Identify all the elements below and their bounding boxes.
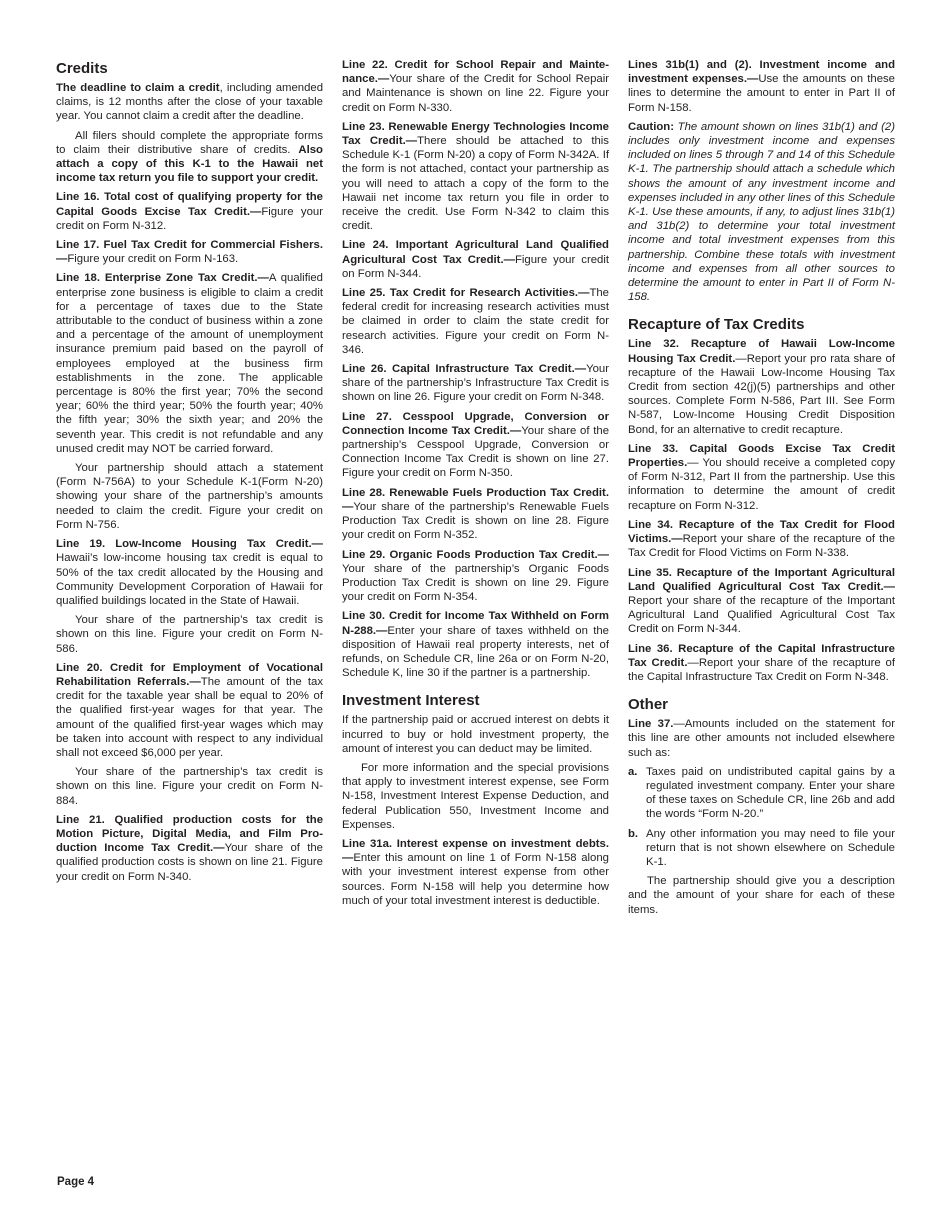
line-25-paragraph: Line 25. Tax Credit for Research Activit… bbox=[342, 286, 609, 357]
line-31a-paragraph: Line 31a. Interest expense on investment… bbox=[342, 837, 609, 908]
line-22-paragraph: Line 22. Credit for School Repair and Ma… bbox=[342, 58, 609, 115]
line-35-paragraph: Line 35. Recapture of the Important Agri… bbox=[628, 566, 895, 637]
closing-paragraph: The partnership should give you a descri… bbox=[628, 874, 895, 917]
section-heading-investment-interest: Investment Interest bbox=[342, 692, 609, 710]
list-marker: a. bbox=[628, 765, 646, 822]
line-27-paragraph: Line 27. Cesspool Upgrade, Conversion or… bbox=[342, 410, 609, 481]
filers-paragraph: All filers should complete the appropria… bbox=[56, 129, 323, 186]
section-heading-credits: Credits bbox=[56, 60, 323, 78]
credit-deadline-paragraph: The deadline to claim a credit, includin… bbox=[56, 81, 323, 124]
caution-paragraph: Caution: The amount shown on lines 31b(1… bbox=[628, 120, 895, 305]
list-text: Taxes paid on undistributed capital gain… bbox=[646, 765, 895, 822]
line-20-paragraph: Line 20. Credit for Employment of Vocati… bbox=[56, 661, 323, 760]
investment-interest-paragraph: If the partnership paid or accrued inter… bbox=[342, 713, 609, 756]
line-18-statement-paragraph: Your partnership should attach a stateme… bbox=[56, 461, 323, 532]
line-17-paragraph: Line 17. Fuel Tax Credit for Commercial … bbox=[56, 238, 323, 266]
section-heading-recapture: Recapture of Tax Credits bbox=[628, 316, 895, 334]
line-37-paragraph: Line 37.—Amounts included on the stateme… bbox=[628, 717, 895, 760]
column-3: Lines 31b(1) and (2). Investment income … bbox=[628, 58, 895, 922]
line-34-paragraph: Line 34. Recapture of the Tax Credit for… bbox=[628, 518, 895, 561]
column-2: Line 22. Credit for School Repair and Ma… bbox=[342, 58, 609, 913]
line-31b-paragraph: Lines 31b(1) and (2). Investment income … bbox=[628, 58, 895, 115]
list-item-a: a. Taxes paid on undistributed capital g… bbox=[628, 765, 895, 822]
line-28-paragraph: Line 28. Renewable Fuels Production Tax … bbox=[342, 486, 609, 543]
line-18-paragraph: Line 18. Enterprise Zone Tax Credit.—A q… bbox=[56, 271, 323, 456]
line-19-paragraph: Line 19. Low-Income Housing Tax Credit.—… bbox=[56, 537, 323, 608]
line-20-share-paragraph: Your share of the partnership’s tax cred… bbox=[56, 765, 323, 808]
page-number: Page 4 bbox=[57, 1176, 94, 1188]
line-32-paragraph: Line 32. Recapture of Hawaii Low-Income … bbox=[628, 337, 895, 436]
line-36-paragraph: Line 36. Recapture of the Capital Infras… bbox=[628, 642, 895, 685]
line-26-paragraph: Line 26. Capital Infrastructure Tax Cred… bbox=[342, 362, 609, 405]
line-16-paragraph: Line 16. Total cost of qualifying proper… bbox=[56, 190, 323, 233]
column-1: Credits The deadline to claim a credit, … bbox=[56, 58, 323, 889]
line-33-paragraph: Line 33. Capital Goods Excise Tax Credit… bbox=[628, 442, 895, 513]
line-19-share-paragraph: Your share of the partnership’s tax cred… bbox=[56, 613, 323, 656]
line-30-paragraph: Line 30. Credit for Income Tax Withheld … bbox=[342, 609, 609, 680]
line-23-paragraph: Line 23. Renewable Energy Technologies I… bbox=[342, 120, 609, 234]
section-heading-other: Other bbox=[628, 696, 895, 714]
list-item-b: b. Any other information you may need to… bbox=[628, 827, 895, 870]
investment-info-paragraph: For more information and the special pro… bbox=[342, 761, 609, 832]
line-24-paragraph: Line 24. Important Agricultural Land Qua… bbox=[342, 238, 609, 281]
list-text: Any other information you may need to fi… bbox=[646, 827, 895, 870]
line-29-paragraph: Line 29. Organic Foods Production Tax Cr… bbox=[342, 548, 609, 605]
list-marker: b. bbox=[628, 827, 646, 870]
line-21-paragraph: Line 21. Qualified production costs for … bbox=[56, 813, 323, 884]
